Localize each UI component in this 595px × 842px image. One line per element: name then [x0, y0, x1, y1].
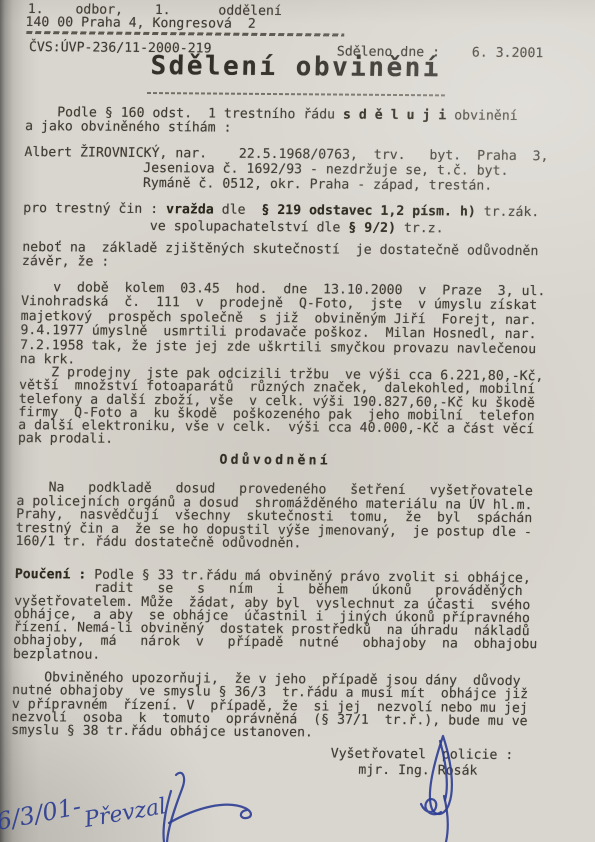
para-accused-identity: Albert ŽIROVNICKÝ, nar. 22.5.1968/0763, … [24, 145, 549, 195]
section-heading-oduvodneni: Odůvodnění [219, 454, 331, 468]
typed-line: Rymáně č. 0512, okr. Praha - západ, tres… [24, 175, 548, 194]
document-title: Sdělení obvinění [150, 60, 441, 76]
para-crime-classification: pro trestný čin : vražda dle § 219 odsta… [23, 200, 540, 238]
signature-name: mjr. Ing. Rosák [358, 764, 477, 778]
title-underline [147, 92, 445, 96]
separator-dashes [26, 31, 344, 37]
scanned-page: 1. odbor, 1. oddělení 140 00 Praha 4, Ko… [0, 0, 595, 842]
signature-role: Vyšetřovatel policie : [331, 748, 514, 763]
para-advisory-rights: Poučení : Podle § 33 tr.řádu má obviněný… [13, 568, 539, 665]
header-address-line: 140 00 Praha 4, Kongresová 2 [25, 16, 256, 31]
para-mandatory-defense-notice: Obviněného upozorňuji, že v jeho případě… [11, 671, 529, 742]
typed-text-layer: 1. odbor, 1. oddělení 140 00 Praha 4, Ko… [0, 0, 595, 842]
para-grounds-intro: neboť na základě zjištěných skutečností … [22, 241, 539, 273]
para-statute: Podle § 160 odst. 1 trestního řádu s d ě… [25, 106, 518, 138]
para-facts-murder: v době kolem 03.45 hod. dne 13.10.2000 v… [20, 281, 546, 372]
para-reasoning: Na podkladě dosud provedeného šetření vy… [15, 481, 533, 553]
para-facts-theft: Z prodejny jste pak odcizili tržbu ve vý… [18, 366, 544, 450]
